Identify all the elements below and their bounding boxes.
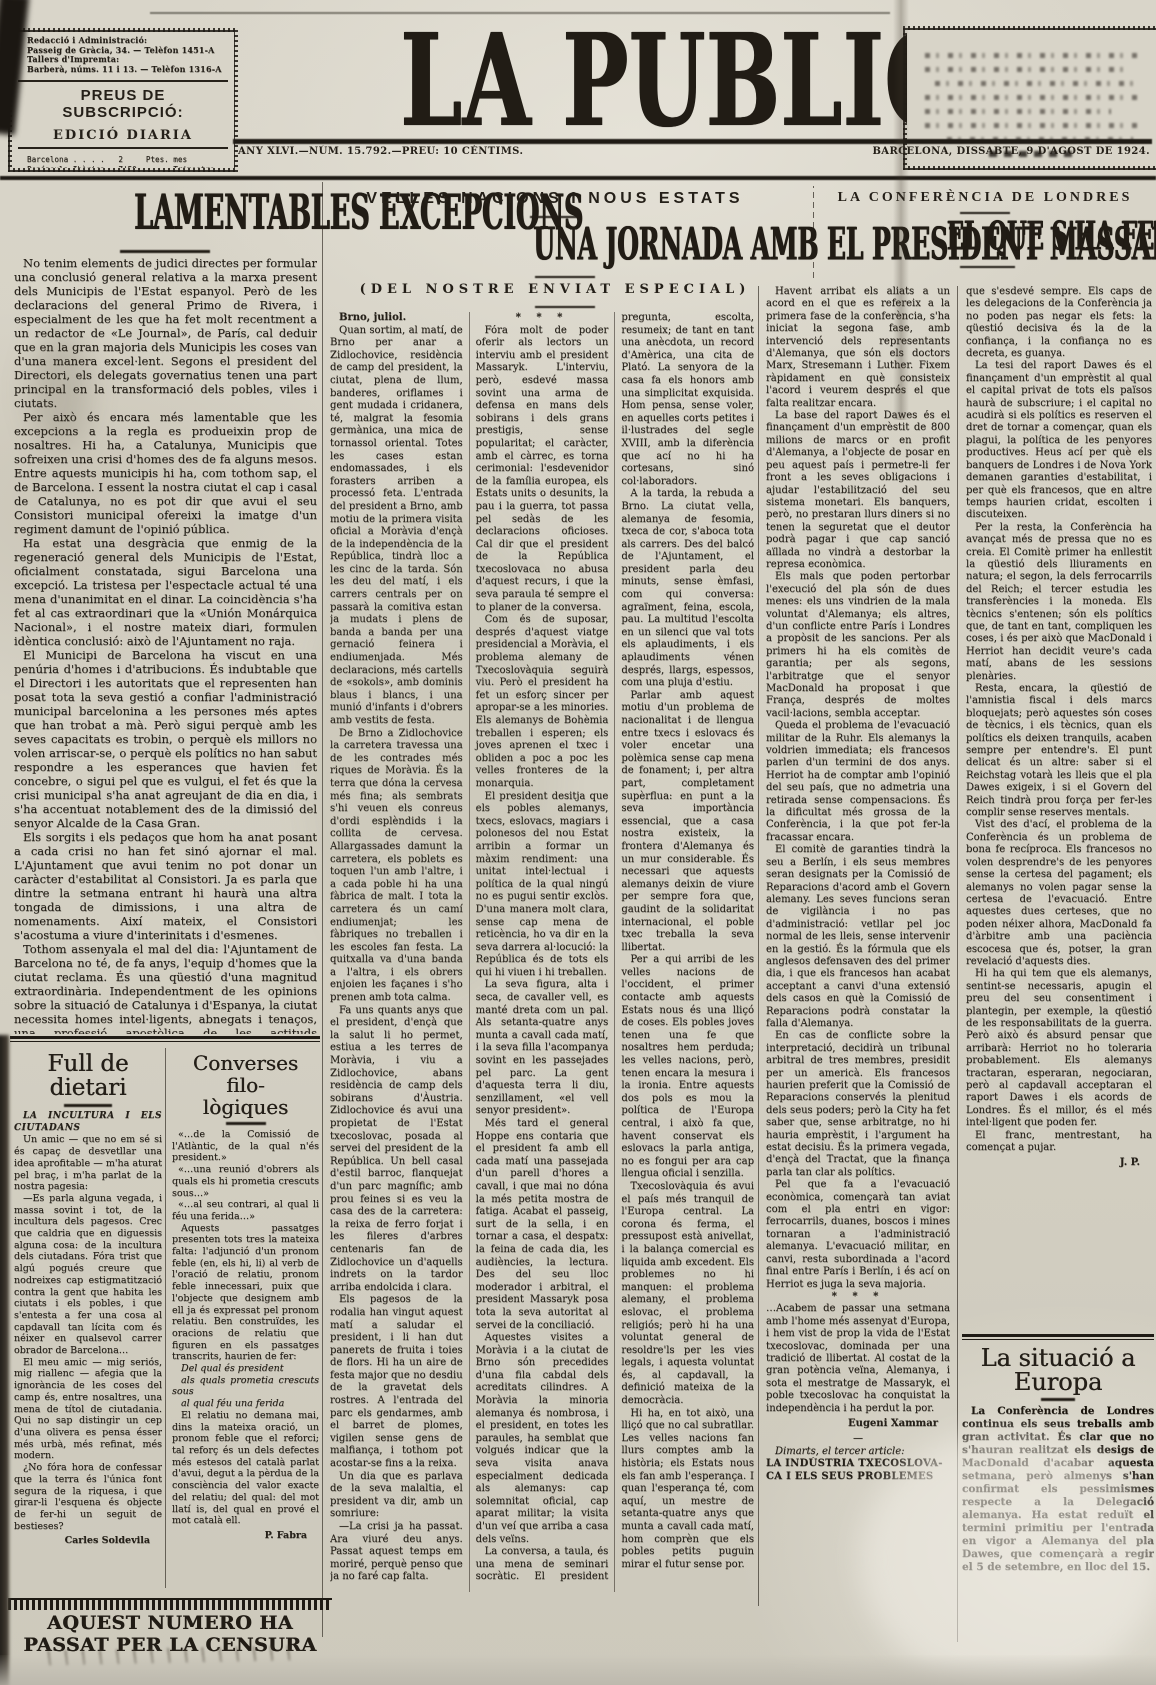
paragraph: Resta, encara, la qüestió de l'amnistia … [966,683,1152,819]
paragraph: Eugeni Xammar [766,1418,950,1430]
paragraph: Aquestes visites a Moràvia i a la ciutat… [476,1332,609,1546]
rule [535,306,595,308]
edition-label: EDICIÓ DIARIA [18,128,228,149]
paragraph: Barcelona . . . . 2 Ptes. mes [18,155,228,165]
admin-address: Redacció i Administració:Passeig de Gràc… [18,36,228,74]
column-rule [957,286,958,1642]
paragraph: al qual féu una ferida [172,1398,319,1410]
rule [120,250,210,253]
paragraph: Vist des d'ací, el problema de la Confer… [966,819,1152,968]
paragraph: Per a qui arribi de les velles nacions d… [621,954,754,1181]
paragraph: Per la resta, la Conferència ha avançat … [966,522,1152,683]
paragraph: «…una reunió d'obrers als quals els hi p… [172,1164,319,1199]
paragraph: * * * [766,1291,950,1303]
paragraph: Hi ha, en tot això, una lliçó que no cal… [621,1408,754,1572]
paragraph: Quan sortim, al matí, de Brno per anar a… [330,325,463,728]
paragraph: Tothom assenyala el mal del dia: l'Ajunt… [14,942,317,1034]
center-subhead: (DEL NOSTRE ENVIAT ESPECIAL) [330,282,780,297]
rule [64,1104,112,1107]
spine-shadow [0,1035,9,1685]
paragraph: El franc, mentrestant, ha començat a puj… [966,1130,1152,1155]
paragraph: Txecoslovàquia és avui el país més tranq… [621,1181,754,1408]
right-kicker: LA CONFERÈNCIA DE LONDRES [815,190,1155,206]
scan-edge [0,1655,1156,1685]
paragraph: Fa uns quants anys que el president, d'e… [330,1005,463,1295]
rule [960,266,1015,268]
masthead: LA PUBLICITAT [232,22,896,138]
paragraph: Els sorgits i els pedaços que hom ha ana… [14,830,317,942]
dietari-subhead: LA INCULTURA I ELS CIUTADANS [14,1111,162,1134]
right-article-col1: Havent arribat els aliats a un acord en … [766,286,950,1642]
subscription-title: PREUS DE SUBSCRIPCIÓ: [18,80,228,121]
europa-headline: La situació a Europa [962,1346,1154,1394]
paragraph: LA INDÚSTRIA TXECOSLOVA-CA I ELS SEUS PR… [766,1458,950,1483]
paragraph: El comitè de garanties tindrà la seu a B… [766,844,950,1030]
center-article-body: Brno, juliol.Quan sortim, al matí, de Br… [330,312,754,1592]
paragraph: Els pagesos de la rodalia han vingut aqu… [330,1294,463,1470]
column-rule [758,286,759,1606]
paragraph: No tenim elements de judici directes per… [14,256,317,410]
paragraph: Barberà, núms. 11 i 13. — Telèfon 1316-A [18,65,228,75]
paragraph: La Conferència de Londres continua els s… [962,1405,1154,1574]
converses-body: «…de la Comissió de l'Atlàntic, de la qu… [172,1129,319,1542]
censor-banner: AQUEST NUMERO HA PASSAT PER LA CENSURA [6,1612,334,1656]
dietari-body: Un amic — que no em sé si és capaç de de… [14,1134,162,1547]
double-rule [10,1036,320,1042]
paragraph: La seva figura, alta i seca, de cavaller… [476,979,609,1118]
paragraph: Hi ha qui tem que els alemanys, sentint-… [966,968,1152,1129]
paragraph: Del qual és president [172,1363,319,1375]
paragraph: als quals prometia crescuts sous [172,1375,319,1398]
rule [535,276,595,278]
right-headline: EL QUE S'HA FET I EL QUE MANCA FER [815,214,1155,254]
dietari-section: Full de dietari LA INCULTURA I ELS CIUTA… [14,1052,162,1588]
issue-row: ANY XLVI.—NÚM. 15.792.—PREU: 10 CÈNTIMS.… [238,146,1150,157]
subscription-box: Redacció i Administració:Passeig de Gràc… [8,28,238,172]
paragraph: Més tard el general Hoppe ens contaria q… [476,1118,609,1332]
paragraph: A la tarda, la rebuda a Brno. La ciutat … [621,488,754,690]
column-rule [322,182,323,1637]
center-headline: UNA JORNADA AMB EL PRESIDENT MASSARYK [326,218,808,265]
subscription-rates: Barcelona . . . . 2 Ptes. mesPenínsula I… [18,155,228,168]
converses-headline: Converses filo- lògiques [172,1052,319,1118]
paragraph: La tesi del raport Dawes és el finançame… [966,360,1152,521]
paragraph: Parlar amb aquest motiu d'un problema de… [621,690,754,954]
paragraph: Brno, juliol. [330,312,463,325]
paragraph: Pel que fa a l'evacuació econòmica, come… [766,1179,950,1291]
paragraph: El president desitja que els pobles alem… [476,791,609,980]
newspaper-page: Redacció i Administració:Passeig de Gràc… [0,0,1156,1685]
paragraph: El relatiu no demana mai, dins la mateix… [172,1410,319,1527]
dietari-headline: Full de dietari [14,1052,162,1100]
converses-section: Converses filo- lògiques «…de la Comissi… [172,1052,319,1588]
paragraph: Aquests passatges presenten tots tres la… [172,1223,319,1363]
paragraph: — [766,1433,950,1445]
paragraph: Carles Soldevila [14,1535,162,1547]
dateline: BARCELONA, DISSABTE, 9 D'AGOST DE 1924. [872,146,1150,157]
rule [226,1122,266,1125]
paragraph: Dimarts, el tercer article: [766,1446,950,1458]
paragraph: En cas de conflicte sobre la interpretac… [766,1030,950,1179]
paragraph: Fóra molt de poder oferir als lectors un… [476,325,609,615]
europa-section: La situació a Europa La Conferència de L… [962,1346,1154,1655]
paragraph: Els mals que poden pertorbar l'execució … [766,571,950,720]
paragraph: Un dia que es parlava de la seva malalti… [330,1471,463,1521]
paragraph: El meu amic — mig seriós, mig riallenc —… [14,1357,162,1462]
rule [1041,1398,1075,1401]
paragraph: Per això és encara més lamentable que le… [14,410,317,536]
paragraph: P. Fabra [172,1530,319,1542]
paragraph: que s'esdevé sempre. Els caps de les del… [966,286,1152,360]
paragraph: —Es parla alguna vegada, i massa sovint … [14,1193,162,1357]
double-rule [962,1334,1154,1340]
paragraph: —La crisi ja ha passat. Ara viuré deu an… [330,1521,463,1584]
left-article-body: No tenim elements de judici directes per… [14,256,317,1034]
paragraph: De Brno a Zidlochovice la carretera trav… [330,728,463,1005]
paragraph: * * * [476,312,609,325]
column-rule [165,1048,166,1588]
paragraph: Com és de suposar, després d'aquest viat… [476,614,609,790]
header-rule [0,176,1156,180]
paragraph: Un amic — que no em sé si és capaç de de… [14,1134,162,1193]
paragraph: «…de la Comissió de l'Atlàntic, de la qu… [172,1129,319,1164]
paragraph: El Municipi de Barcelona ha viscut en un… [14,648,317,830]
left-article-headline: LAMENTABLES EXCEPCIONS [8,184,320,233]
paragraph: …Acabem de passar una setmana amb l'home… [766,1303,950,1415]
europa-body: La Conferència de Londres continua els s… [962,1405,1154,1655]
center-kicker: VELLES NACIONS I NOUS ESTATS [330,190,780,208]
paragraph: Queda el problema de l'evacuació militar… [766,720,950,844]
paragraph: La base del raport Dawes és el finançame… [766,410,950,571]
paragraph: Península Ibèrica 7'50 » Trimestre [18,165,228,168]
issue-line: ANY XLVI.—NÚM. 15.792.—PREU: 10 CÈNTIMS. [238,146,523,157]
paragraph: ¿No fóra hora de confessar que la terra … [14,1462,162,1532]
paragraph: «…al seu contrari, al qual li féu una fe… [172,1199,319,1222]
right-article-col2: que s'esdevé sempre. Els caps de les del… [966,286,1152,1326]
paragraph: Havent arribat els aliats a un acord en … [766,286,950,410]
paragraph: Ha estat una desgràcia que enmig de la r… [14,536,317,648]
masthead-rule [233,139,1152,144]
censor-hatch-rule [8,1598,332,1610]
paragraph: J. P. [966,1157,1152,1169]
